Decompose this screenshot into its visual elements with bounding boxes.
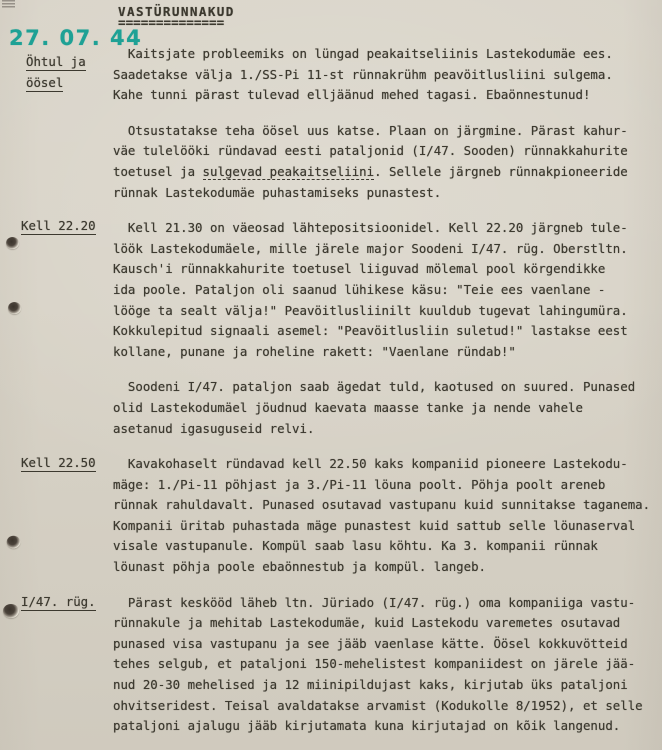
text-line: Kaitsjate probleemiks on lüngad peakaits…	[113, 44, 658, 65]
document-page: 27. 07. 44 VASTÜRUNNAKUD ============== …	[0, 0, 662, 750]
margin-note: Kell 22.20	[21, 215, 96, 236]
text-line: toetusel ja sulgevad peakaitseliini. Sel…	[113, 162, 658, 183]
text-line: ohvitseridest. Teisal avaldatakse arvami…	[113, 696, 658, 717]
document-body: Kaitsjate probleemiks on lüngad peakaits…	[113, 44, 658, 750]
text-line: löök Lastekodumäele, mille järele major …	[113, 239, 658, 260]
paper-speck	[3, 604, 19, 618]
text-line: asetanud igasuguseid relvi.	[113, 419, 658, 440]
text-line: pataljoni ajalugu jääb kirjutamata kuna …	[113, 716, 658, 737]
text-line: visale vastupanule. Kompül saab lasu köh…	[113, 536, 658, 557]
paper-speck	[7, 536, 21, 549]
paragraph: Kavakohaselt ründavad kell 22.50 kaks ko…	[113, 454, 658, 578]
text-line: Kausch'i rünnakkahurite toetusel liiguva…	[113, 259, 658, 280]
paragraph: Kaitsjate probleemiks on lüngad peakaits…	[113, 44, 658, 106]
text-line: Kokkulepitud signaali asemel: "Peavöitlu…	[113, 321, 658, 342]
title-underline: ==============	[118, 19, 235, 27]
margin-note: Kell 22.50	[21, 452, 96, 473]
text-line: mäge: 1./Pi-11 pöhjast ja 3./Pi-11 löuna…	[113, 475, 658, 496]
underlined-phrase: sulgevad peakaitseliini	[203, 164, 375, 181]
margin-note-line: Öhtul ja	[26, 51, 86, 72]
margin-note: I/47. rüg.	[21, 591, 96, 612]
paragraph: Otsustatakse teha öösel uus katse. Plaan…	[113, 121, 658, 203]
text-line: Otsustatakse teha öösel uus katse. Plaan…	[113, 121, 658, 142]
text-line: väe tulelööki ründavad eesti pataljonid …	[113, 141, 658, 162]
paper-speck	[6, 237, 19, 249]
margin-note-line: Kell 22.20	[21, 215, 96, 236]
text-line: Soodeni I/47. pataljon saab ägedat tuld,…	[113, 377, 658, 398]
text-line: nud 20-30 mehelised ja 12 miinipildujast…	[113, 675, 658, 696]
text-line: Kell 21.30 on väeosad lähtepositsioonide…	[113, 218, 658, 239]
text-line: rünnak rahuldavalt. Punased osutavad vas…	[113, 495, 658, 516]
text-line: lööge ta sealt välja!" Peavöitlusliinilt…	[113, 301, 658, 322]
margin-note: Öhtul jaöösel	[26, 51, 86, 93]
text-line: Kahe tunni pärast tulevad elljäänud mehe…	[113, 85, 658, 106]
margin-note-line: I/47. rüg.	[21, 591, 96, 612]
text-line: Saadetakse välja 1./SS-Pi 11-st rünnakrü…	[113, 65, 658, 86]
text-line: ida poole. Pataljon oli saanud lühikese …	[113, 280, 658, 301]
text-line: olid Lastekodumäel jöudnud kaevata maass…	[113, 398, 658, 419]
paragraph: Kell 21.30 on väeosad lähtepositsioonide…	[113, 218, 658, 362]
text-line: löunast pöhja poole ebaönnestub ja kompü…	[113, 557, 658, 578]
paper-speck	[8, 302, 21, 314]
margin-note-line: Kell 22.50	[21, 452, 96, 473]
text-line: rünnakule ja mehitab Lastekodumäe, kuid …	[113, 613, 658, 634]
text-line: Kompanii üritab puhastada mäge punastest…	[113, 516, 658, 537]
text-line: Kavakohaselt ründavad kell 22.50 kaks ko…	[113, 454, 658, 475]
text-line: rünnak Lastekodumäe puhastamiseks punast…	[113, 183, 658, 204]
text-line: punased visa vastupanu ja see jääb vaenl…	[113, 634, 658, 655]
paragraph: Soodeni I/47. pataljon saab ägedat tuld,…	[113, 377, 658, 439]
text-line: tehes selgub, et pataljoni 150-meheliste…	[113, 654, 658, 675]
text-line: Pärast keskööd läheb ltn. Jüriado (I/47.…	[113, 593, 658, 614]
corner-mark	[2, 0, 15, 9]
text-line: kollane, punane ja roheline rakett: "Vae…	[113, 342, 658, 363]
paragraph: Pärast keskööd läheb ltn. Jüriado (I/47.…	[113, 593, 658, 737]
margin-note-line: öösel	[26, 72, 86, 93]
title-block: VASTÜRUNNAKUD ==============	[118, 5, 235, 27]
